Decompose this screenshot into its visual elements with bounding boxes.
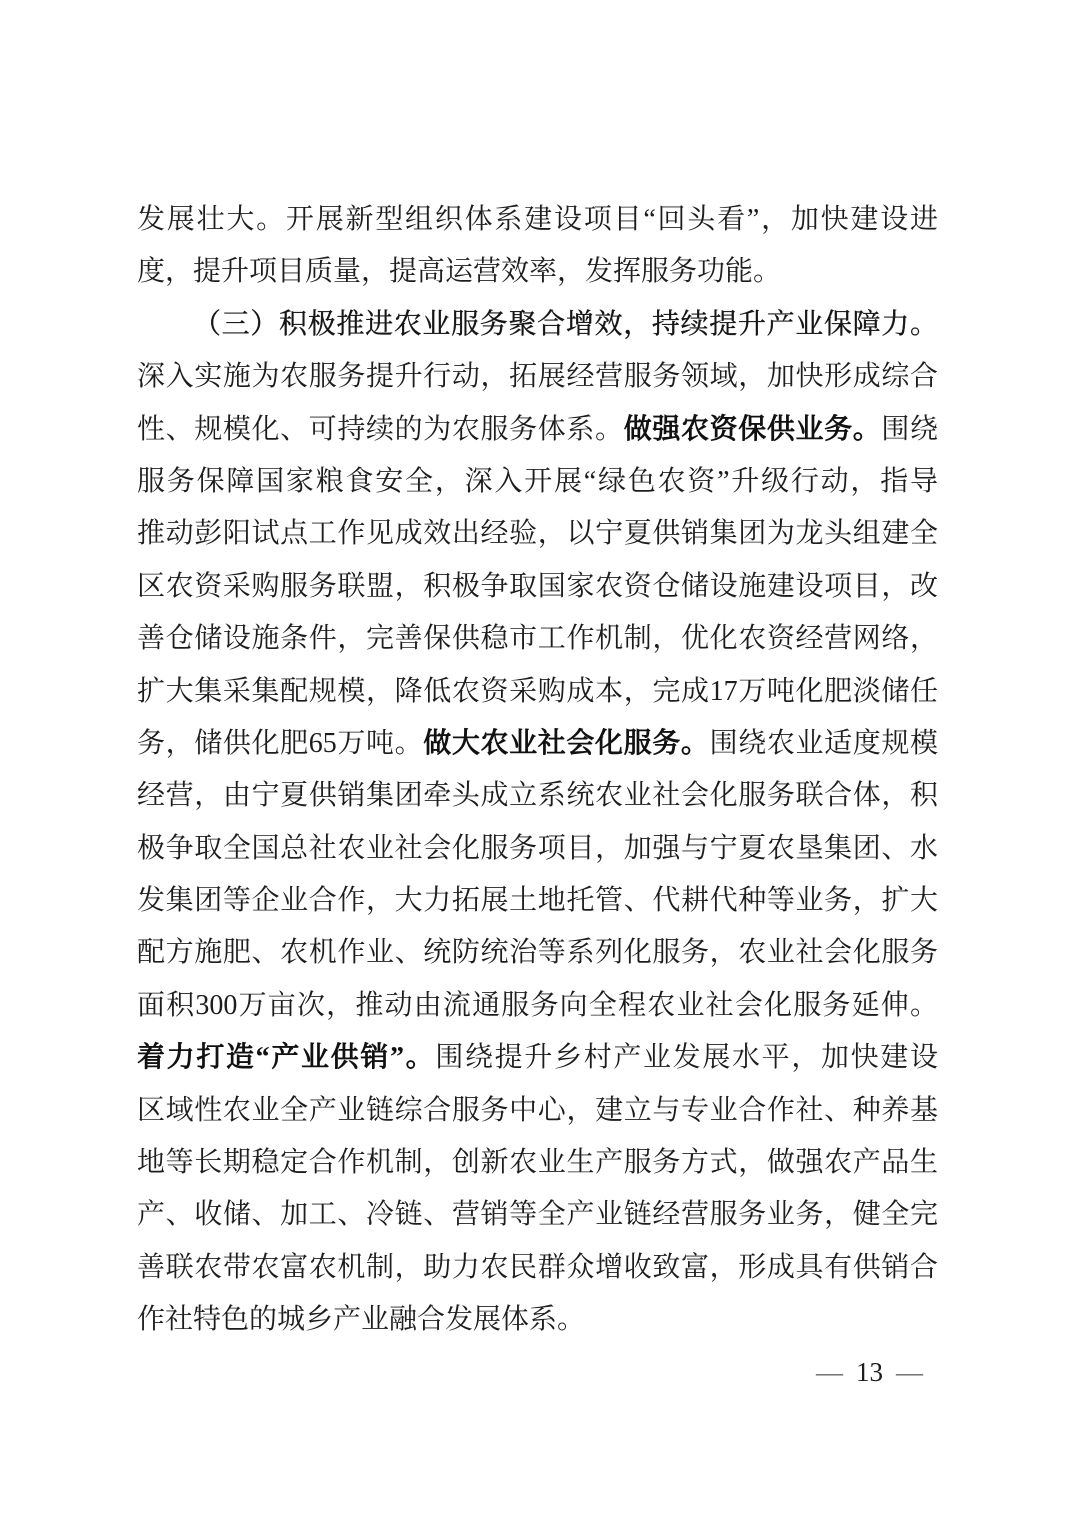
text-run: 性、规模化、可持续的为农服务体系。 <box>137 414 624 445</box>
text-line: 区农资采购服务联盟，积极争取国家农资仓储设施建设项目，改 <box>137 561 938 613</box>
text-run: 扩大集采集配规模，降低农资采购成本，完成17万吨化肥淡储任 <box>137 676 938 707</box>
text-run: 善联农带农富农机制，助力农民群众增收致富，形成具有供销合 <box>137 1252 938 1283</box>
text-run: 服务保障国家粮食安全，深入开展“绿色农资”升级行动，指导 <box>137 466 938 497</box>
text-run: 面积300万亩次，推动由流通服务向全程农业社会化服务延伸。 <box>137 990 938 1021</box>
page-footer: — 13 — <box>816 1352 923 1392</box>
text-run: 务，储供化肥65万吨。 <box>137 728 423 759</box>
text-line: 地等长期稳定合作机制，创新农业生产服务方式，做强农产品生 <box>137 1137 938 1189</box>
text-run: 善仓储设施条件，完善保供稳市工作机制，优化农资经营网络， <box>137 623 938 654</box>
text-run: 区农资采购服务联盟，积极争取国家农资仓储设施建设项目，改 <box>137 571 938 602</box>
text-run: 发集团等企业合作，大力拓展土地托管、代耕代种等业务，扩大 <box>137 885 938 916</box>
text-run: 极争取全国总社农业社会化服务项目，加强与宁夏农垦集团、水 <box>137 833 938 864</box>
emphasis-text-run: 着力打造“产业供销”。 <box>137 1042 435 1073</box>
text-run: 度，提升项目质量，提高运营效率，发挥服务功能。 <box>137 256 781 287</box>
text-run: 区域性农业全产业链综合服务中心，建立与专业合作社、种养基 <box>137 1095 938 1126</box>
text-run: 推动彭阳试点工作见成效出经验，以宁夏供销集团为龙头组建全 <box>137 518 938 549</box>
text-line: 作社特色的城乡产业融合发展体系。 <box>137 1294 938 1346</box>
text-run: 围绕提升乡村产业发展水平，加快建设 <box>435 1042 938 1073</box>
text-line: 善联农带农富农机制，助力农民群众增收致富，形成具有供销合 <box>137 1242 938 1294</box>
text-run: 围绕 <box>881 414 938 445</box>
text-run: 配方施肥、农机作业、统防统治等系列化服务，农业社会化服务 <box>137 937 938 968</box>
text-line: 度，提升项目质量，提高运营效率，发挥服务功能。 <box>137 246 938 298</box>
footer-dash-right: — <box>896 1352 923 1392</box>
text-run: 围绕农业适度规模 <box>710 728 938 759</box>
text-line: （三）积极推进农业服务聚合增效，持续提升产业保障力。 <box>137 299 938 351</box>
text-line: 产、收储、加工、冷链、营销等全产业链经营服务业务，健全完 <box>137 1189 938 1241</box>
document-body: 发展壮大。开展新型组织体系建设项目“回头看”，加快建设进度，提升项目质量，提高运… <box>137 194 938 1347</box>
text-line: 性、规模化、可持续的为农服务体系。做强农资保供业务。围绕 <box>137 404 938 456</box>
text-line: 服务保障国家粮食安全，深入开展“绿色农资”升级行动，指导 <box>137 456 938 508</box>
text-line: 深入实施为农服务提升行动，拓展经营服务领域，加快形成综合 <box>137 351 938 403</box>
text-run: 深入实施为农服务提升行动，拓展经营服务领域，加快形成综合 <box>137 361 938 392</box>
text-line: 区域性农业全产业链综合服务中心，建立与专业合作社、种养基 <box>137 1085 938 1137</box>
text-line: 扩大集采集配规模，降低农资采购成本，完成17万吨化肥淡储任 <box>137 666 938 718</box>
text-run: 产、收储、加工、冷链、营销等全产业链经营服务业务，健全完 <box>137 1199 938 1230</box>
text-line: 发展壮大。开展新型组织体系建设项目“回头看”，加快建设进 <box>137 194 938 246</box>
text-line: 极争取全国总社农业社会化服务项目，加强与宁夏农垦集团、水 <box>137 823 938 875</box>
document-page: 发展壮大。开展新型组织体系建设项目“回头看”，加快建设进度，提升项目质量，提高运… <box>0 0 1075 1520</box>
text-line: 经营，由宁夏供销集团牵头成立系统农业社会化服务联合体，积 <box>137 770 938 822</box>
text-line: 善仓储设施条件，完善保供稳市工作机制，优化农资经营网络， <box>137 613 938 665</box>
text-line: 配方施肥、农机作业、统防统治等系列化服务，农业社会化服务 <box>137 927 938 979</box>
text-line: 面积300万亩次，推动由流通服务向全程农业社会化服务延伸。 <box>137 980 938 1032</box>
text-line: 着力打造“产业供销”。围绕提升乡村产业发展水平，加快建设 <box>137 1032 938 1084</box>
text-run: 经营，由宁夏供销集团牵头成立系统农业社会化服务联合体，积 <box>137 780 938 811</box>
emphasis-text-run: 做强农资保供业务。 <box>624 414 882 445</box>
text-run: 作社特色的城乡产业融合发展体系。 <box>137 1304 585 1335</box>
text-line: 务，储供化肥65万吨。做大农业社会化服务。围绕农业适度规模 <box>137 718 938 770</box>
emphasis-text-run: 做大农业社会化服务。 <box>423 728 709 759</box>
text-run: 地等长期稳定合作机制，创新农业生产服务方式，做强农产品生 <box>137 1147 938 1178</box>
footer-dash-left: — <box>816 1352 843 1392</box>
text-line: 发集团等企业合作，大力拓展土地托管、代耕代种等业务，扩大 <box>137 875 938 927</box>
text-run: （三）积极推进农业服务聚合增效，持续提升产业保障力。 <box>193 309 938 340</box>
page-number: 13 <box>856 1352 883 1392</box>
text-line: 推动彭阳试点工作见成效出经验，以宁夏供销集团为龙头组建全 <box>137 508 938 560</box>
text-run: 发展壮大。开展新型组织体系建设项目“回头看”，加快建设进 <box>137 204 938 235</box>
